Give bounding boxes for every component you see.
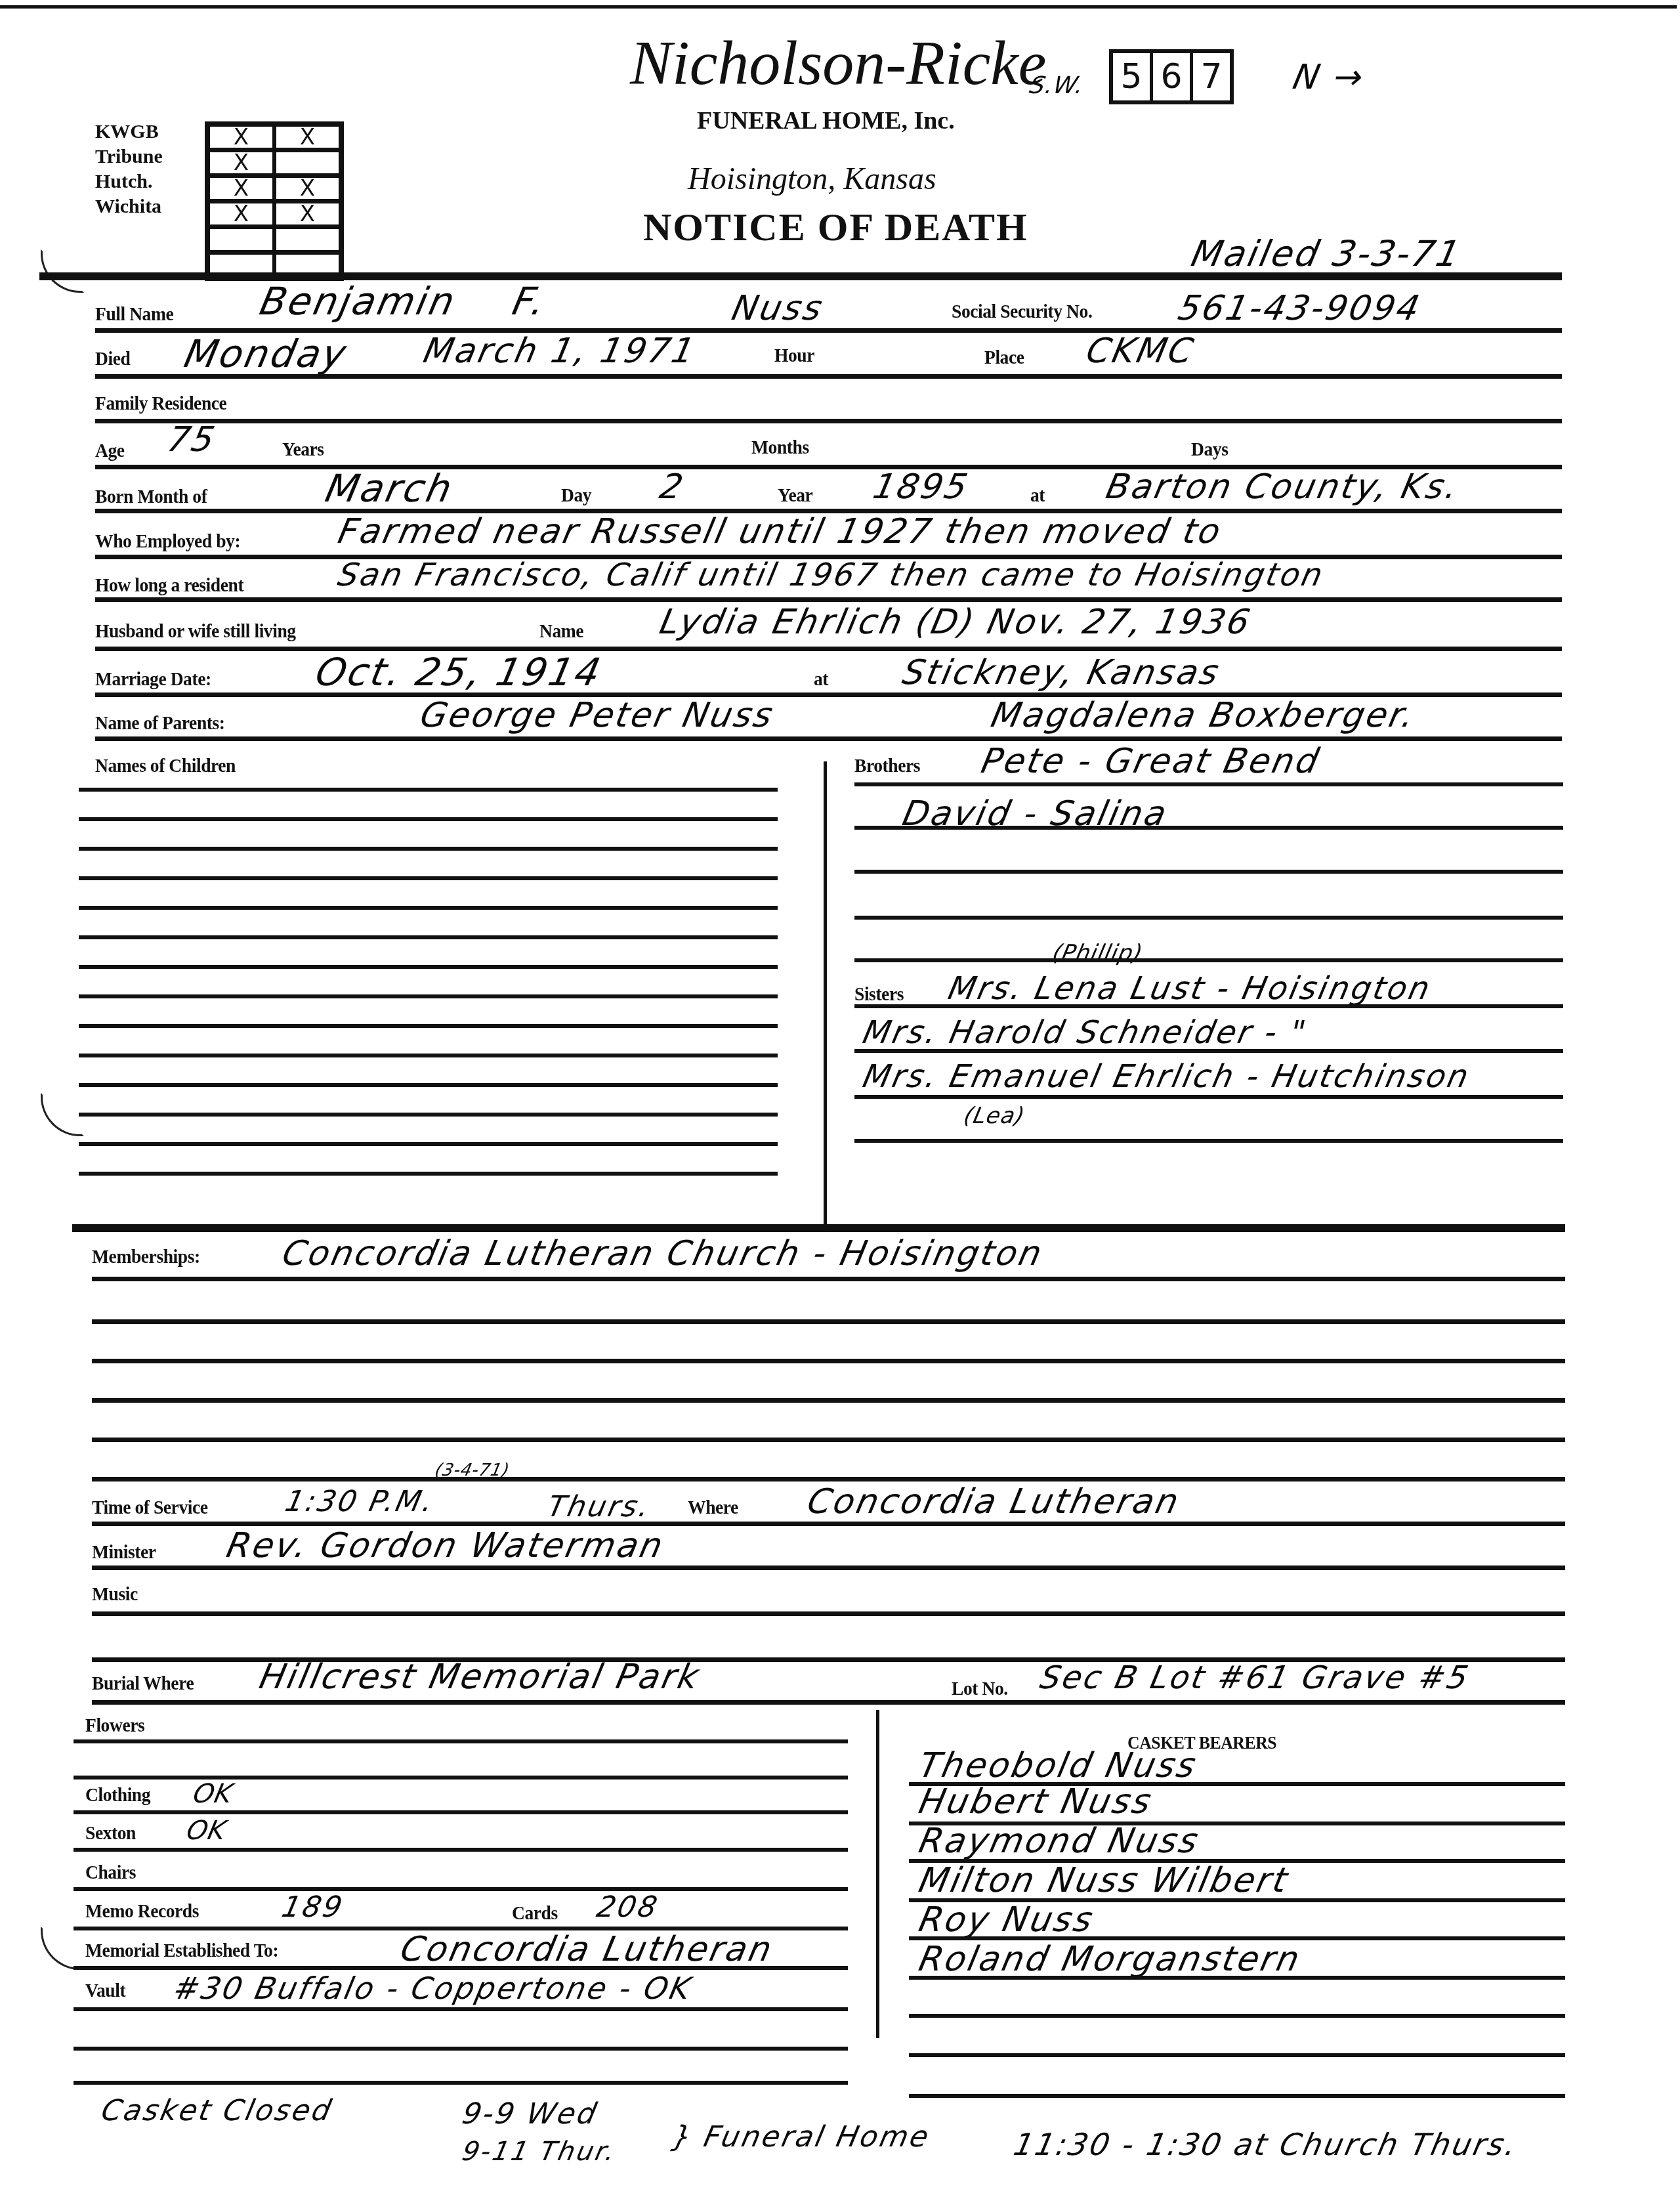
company-name: FUNERAL HOME, Inc. — [697, 106, 955, 135]
line — [95, 597, 1562, 602]
location-digit: 5 — [1113, 53, 1153, 100]
sister-entry[interactable]: Mrs. Harold Schneider - " — [860, 1014, 1311, 1051]
label-born-month: Born Month of — [95, 486, 207, 508]
label-died: Died — [95, 348, 130, 370]
label-family-residence: Family Residence — [95, 393, 226, 415]
line — [92, 1522, 1565, 1526]
died-day[interactable]: Monday — [180, 331, 352, 376]
children-line[interactable] — [79, 1024, 778, 1028]
marriage-date[interactable]: Oct. 25, 1914 — [312, 650, 606, 694]
checkbox[interactable]: X — [210, 203, 276, 224]
checkbox[interactable] — [210, 229, 276, 250]
casket-bearer[interactable]: Roy Nuss — [915, 1900, 1098, 1940]
label-flowers: Flowers — [85, 1715, 144, 1737]
line — [854, 782, 1563, 786]
line — [73, 2007, 848, 2011]
checkbox[interactable]: X — [276, 178, 339, 199]
line — [92, 1477, 1565, 1481]
note-visitation-2: 9-11 Thur. — [459, 2137, 619, 2167]
line — [95, 374, 1562, 379]
label-burial: Burial Where — [92, 1673, 194, 1695]
line — [73, 2081, 848, 2085]
newspaper-hutch: Hutch. — [95, 169, 163, 194]
line — [854, 916, 1563, 920]
line — [73, 1848, 848, 1852]
line — [95, 736, 1562, 741]
line — [73, 1810, 848, 1814]
born-place[interactable]: Barton County, Ks. — [1102, 467, 1463, 507]
label-chairs: Chairs — [85, 1862, 136, 1884]
location-digit: 6 — [1153, 53, 1193, 100]
casket-bearer[interactable]: Raymond Nuss — [915, 1822, 1204, 1861]
cards-value[interactable]: 208 — [594, 1890, 662, 1924]
column-divider — [824, 761, 827, 1224]
label-sisters: Sisters — [854, 983, 904, 1006]
children-line[interactable] — [79, 1113, 778, 1117]
line — [854, 1095, 1563, 1099]
punch-hole-top — [41, 249, 84, 293]
line — [92, 1359, 1565, 1363]
label-spouse: Husband or wife still living — [95, 620, 296, 643]
checkbox[interactable] — [276, 152, 339, 173]
note-church-time: 11:30 - 1:30 at Church Thurs. — [1011, 2127, 1521, 2162]
born-day[interactable]: 2 — [656, 467, 688, 507]
line — [92, 1700, 1565, 1705]
note-casket-closed: Casket Closed — [98, 2094, 336, 2127]
burial-value[interactable]: Hillcrest Memorial Park — [256, 1657, 704, 1697]
label-born-year: Year — [778, 484, 812, 507]
line — [95, 647, 1562, 651]
marriage-place[interactable]: Stickney, Kansas — [899, 653, 1224, 693]
label-time-of-service: Time of Service — [92, 1497, 208, 1519]
label-brothers: Brothers — [854, 755, 920, 777]
label-sexton: Sexton — [85, 1822, 136, 1844]
sister-entry[interactable]: Mrs. Emanuel Ehrlich - Hutchinson — [860, 1058, 1474, 1095]
children-line[interactable] — [79, 1142, 778, 1146]
clothing-value[interactable]: OK — [190, 1779, 236, 1809]
place-value[interactable]: CKMC — [1083, 331, 1198, 371]
checkbox[interactable] — [276, 229, 339, 250]
casket-bearer[interactable]: Milton Nuss Wilbert — [915, 1861, 1293, 1900]
children-line[interactable] — [79, 965, 778, 969]
newspaper-wichita: Wichita — [95, 194, 163, 219]
resident-value[interactable]: San Francisco, Calif until 1967 then cam… — [335, 557, 1328, 593]
newspaper-tribune: Tribune — [95, 144, 163, 169]
service-date-note: (3-4-71) — [433, 1460, 512, 1480]
note-visitation-1: 9-9 Wed — [459, 2097, 601, 2131]
line — [92, 1611, 1565, 1616]
location-digit: 7 — [1193, 53, 1230, 100]
section-divider — [72, 1224, 1565, 1232]
north-arrow: N → — [1290, 58, 1369, 97]
line — [92, 1277, 1565, 1281]
label-months: Months — [751, 437, 809, 459]
line — [92, 1566, 1565, 1570]
ssn-value[interactable]: 561-43-9094 — [1175, 289, 1425, 328]
label-employed: Who Employed by: — [95, 530, 240, 553]
line — [909, 2014, 1565, 2018]
checkbox[interactable]: X — [210, 178, 276, 199]
died-date[interactable]: March 1, 1971 — [420, 331, 700, 371]
label-full-name: Full Name — [95, 303, 173, 326]
location-code-box: 5 6 7 — [1109, 49, 1234, 104]
punch-hole-bottom — [41, 1927, 84, 1970]
children-line[interactable] — [79, 847, 778, 851]
full-name-first[interactable]: Benjamin — [256, 279, 461, 324]
line — [73, 1966, 848, 1970]
line — [854, 1139, 1563, 1143]
note-visitation-place: } Funeral Home — [669, 2120, 933, 2154]
sister-annotation-below: (Lea) — [961, 1103, 1028, 1129]
label-days: Days — [1191, 438, 1228, 461]
location-code-prefix: S.W. — [1027, 72, 1087, 99]
label-born-day: Day — [561, 484, 591, 507]
full-name-middle[interactable]: F. — [509, 279, 551, 324]
children-line[interactable] — [79, 1054, 778, 1057]
children-line[interactable] — [79, 788, 778, 792]
line — [854, 870, 1563, 874]
memorial-value[interactable]: Concordia Lutheran — [397, 1930, 777, 1969]
label-lot: Lot No. — [952, 1678, 1008, 1700]
line — [854, 958, 1563, 962]
line — [73, 1887, 848, 1891]
label-vault: Vault — [85, 1980, 125, 2002]
line — [73, 1776, 848, 1779]
label-ssn: Social Security No. — [952, 301, 1092, 323]
casket-bearer[interactable]: Roland Morganstern — [915, 1940, 1305, 1979]
label-clothing: Clothing — [85, 1784, 150, 1806]
checkbox[interactable]: X — [276, 127, 339, 148]
label-memorial: Memorial Established To: — [85, 1940, 278, 1962]
line — [854, 826, 1563, 830]
label-service-where: Where — [688, 1497, 738, 1519]
column-divider — [876, 1710, 879, 2038]
sister-annotation-above: (Phillip) — [1050, 940, 1145, 966]
line — [73, 1739, 848, 1743]
casket-bearer[interactable]: Theobold Nuss — [915, 1746, 1201, 1785]
full-name-last[interactable]: Nuss — [728, 289, 828, 328]
line — [909, 2053, 1565, 2057]
line — [909, 2094, 1565, 2098]
label-memo-records: Memo Records — [85, 1900, 199, 1923]
sexton-value[interactable]: OK — [184, 1816, 229, 1846]
service-where[interactable]: Concordia Lutheran — [804, 1482, 1184, 1522]
line — [909, 1976, 1565, 1980]
born-year[interactable]: 1895 — [870, 467, 973, 507]
checkbox[interactable]: X — [210, 152, 276, 173]
page-title: NOTICE OF DEATH — [643, 205, 1028, 250]
label-place: Place — [984, 347, 1024, 369]
mother-name[interactable]: Magdalena Boxberger. — [988, 696, 1419, 735]
label-marriage-at: at — [814, 668, 828, 691]
brand-name: Nicholson-Ricke — [630, 26, 1046, 99]
label-children: Names of Children — [95, 755, 236, 777]
children-line[interactable] — [79, 876, 778, 880]
label-spouse-name: Name — [539, 620, 583, 643]
age-value[interactable]: 75 — [164, 420, 220, 459]
line — [854, 1049, 1563, 1053]
mailed-date: Mailed 3-3-71 — [1188, 233, 1465, 274]
children-line[interactable] — [79, 1172, 778, 1176]
spouse-value[interactable]: Lydia Ehrlich (D) Nov. 27, 1936 — [656, 603, 1255, 642]
label-resident: How long a resident — [95, 574, 243, 597]
label-music: Music — [92, 1583, 138, 1606]
newspaper-kwgb: KWGB — [95, 119, 163, 144]
brother-entry[interactable]: Pete - Great Bend — [978, 742, 1324, 781]
employed-value[interactable]: Farmed near Russell until 1927 then move… — [335, 512, 1226, 551]
memo-records-value[interactable]: 189 — [279, 1890, 347, 1924]
casket-bearer[interactable]: Hubert Nuss — [915, 1782, 1156, 1822]
company-city: Hoisington, Kansas — [688, 161, 936, 197]
line — [92, 1319, 1565, 1324]
vault-value[interactable]: #30 Buffalo - Coppertone - OK — [171, 1971, 696, 2006]
children-line[interactable] — [79, 935, 778, 939]
line — [854, 1004, 1563, 1008]
label-parents: Name of Parents: — [95, 712, 225, 735]
line — [92, 1438, 1565, 1442]
lot-value[interactable]: Sec B Lot #61 Grave #5 — [1037, 1659, 1473, 1696]
minister-value[interactable]: Rev. Gordon Waterman — [223, 1526, 668, 1566]
label-minister: Minister — [92, 1541, 156, 1564]
punch-hole-middle — [41, 1093, 84, 1136]
notice-of-death-form: KWGB Tribune Hutch. Wichita XX X XX XX N… — [0, 0, 1680, 2195]
top-border — [0, 5, 1677, 9]
label-born-at: at — [1030, 484, 1045, 507]
father-name[interactable]: George Peter Nuss — [417, 696, 778, 735]
label-memberships: Memberships: — [92, 1246, 200, 1268]
label-marriage-date: Marriage Date: — [95, 668, 211, 691]
checkbox[interactable]: X — [276, 203, 339, 224]
service-day[interactable]: Thurs. — [545, 1490, 654, 1524]
children-line[interactable] — [79, 994, 778, 998]
line — [92, 1398, 1565, 1403]
label-years: Years — [282, 438, 324, 461]
line — [95, 419, 1562, 423]
label-cards: Cards — [512, 1902, 558, 1925]
newspaper-list: KWGB Tribune Hutch. Wichita — [95, 119, 163, 219]
label-hour: Hour — [774, 345, 814, 367]
children-line[interactable] — [79, 906, 778, 910]
service-time[interactable]: 1:30 P.M. — [282, 1485, 438, 1518]
newspaper-checkbox-grid: XX X XX XX — [205, 121, 344, 281]
sister-entry[interactable]: Mrs. Lena Lust - Hoisington — [945, 970, 1435, 1007]
children-line[interactable] — [79, 1083, 778, 1087]
label-age: Age — [95, 440, 125, 462]
born-month[interactable]: March — [322, 466, 458, 511]
memberships-value[interactable]: Concordia Lutheran Church - Hoisington — [279, 1234, 1047, 1273]
checkbox[interactable]: X — [210, 127, 276, 148]
line — [73, 2047, 848, 2051]
children-line[interactable] — [79, 817, 778, 821]
